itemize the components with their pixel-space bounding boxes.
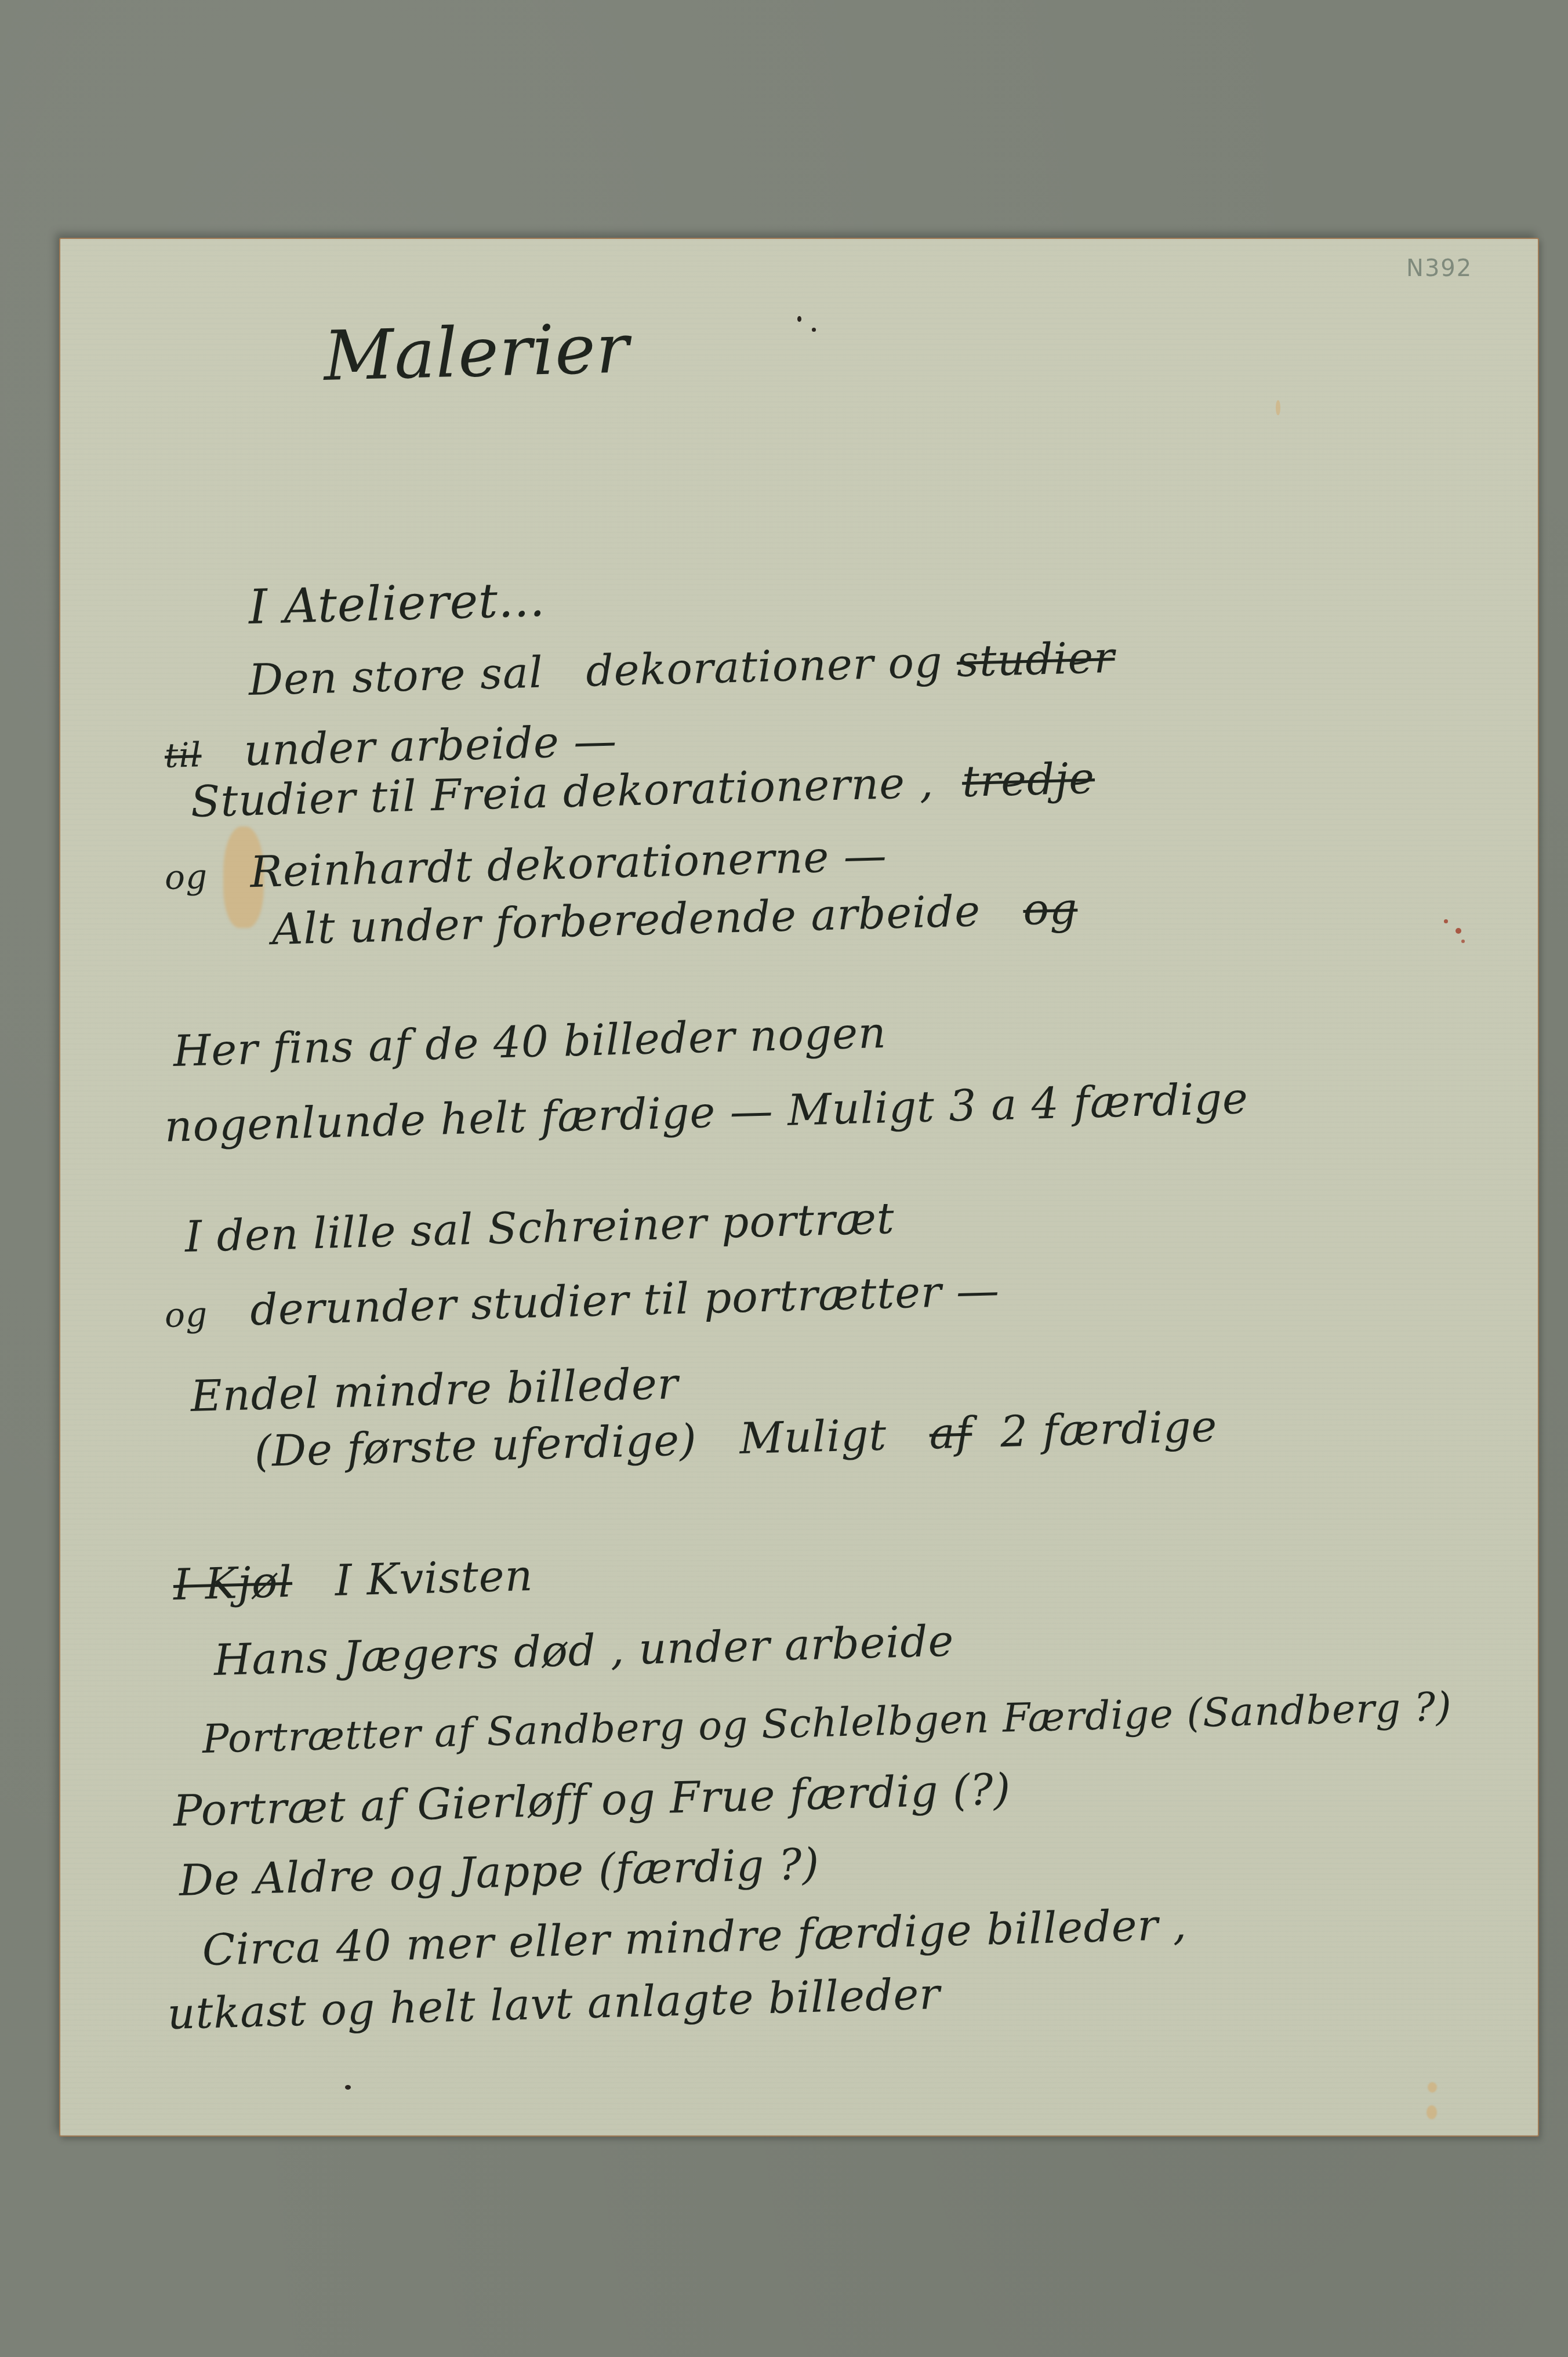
- foxing-spot: [1456, 928, 1461, 934]
- struck-word: af: [929, 1408, 973, 1459]
- foxing-spot: [1428, 2082, 1437, 2093]
- paper-hole: [797, 316, 801, 322]
- margin-note: og: [164, 1294, 208, 1335]
- foxing-spot: [1444, 919, 1448, 923]
- margin-note: og: [164, 857, 208, 897]
- paper-hole: [345, 2085, 351, 2090]
- line-text: I Kvisten: [334, 1551, 533, 1606]
- line-text: under arbeide —: [244, 716, 618, 776]
- margin-note: til: [164, 735, 202, 775]
- struck-word: I Kjøl: [173, 1557, 293, 1610]
- archive-number: N392: [1406, 255, 1472, 282]
- foxing-spot: [1461, 940, 1465, 943]
- struck-word: studier: [956, 633, 1116, 687]
- line-text: dekorationer og: [585, 637, 943, 697]
- document-title: Malerier: [322, 308, 630, 396]
- section-heading-attic: I Kjøl I Kvisten: [173, 1551, 534, 1610]
- foxing-spot: [1276, 400, 1280, 415]
- struck-word: tredje: [961, 753, 1095, 807]
- line-text: Muligt: [739, 1410, 887, 1464]
- section-heading-atelier: I Atelieret...: [248, 572, 546, 635]
- line-text: Den store sal: [248, 648, 544, 705]
- paper-hole: [812, 328, 816, 332]
- line-text: 2 færdige: [1000, 1402, 1218, 1457]
- foxing-spot: [1427, 2105, 1437, 2119]
- struck-word: og: [1022, 884, 1078, 935]
